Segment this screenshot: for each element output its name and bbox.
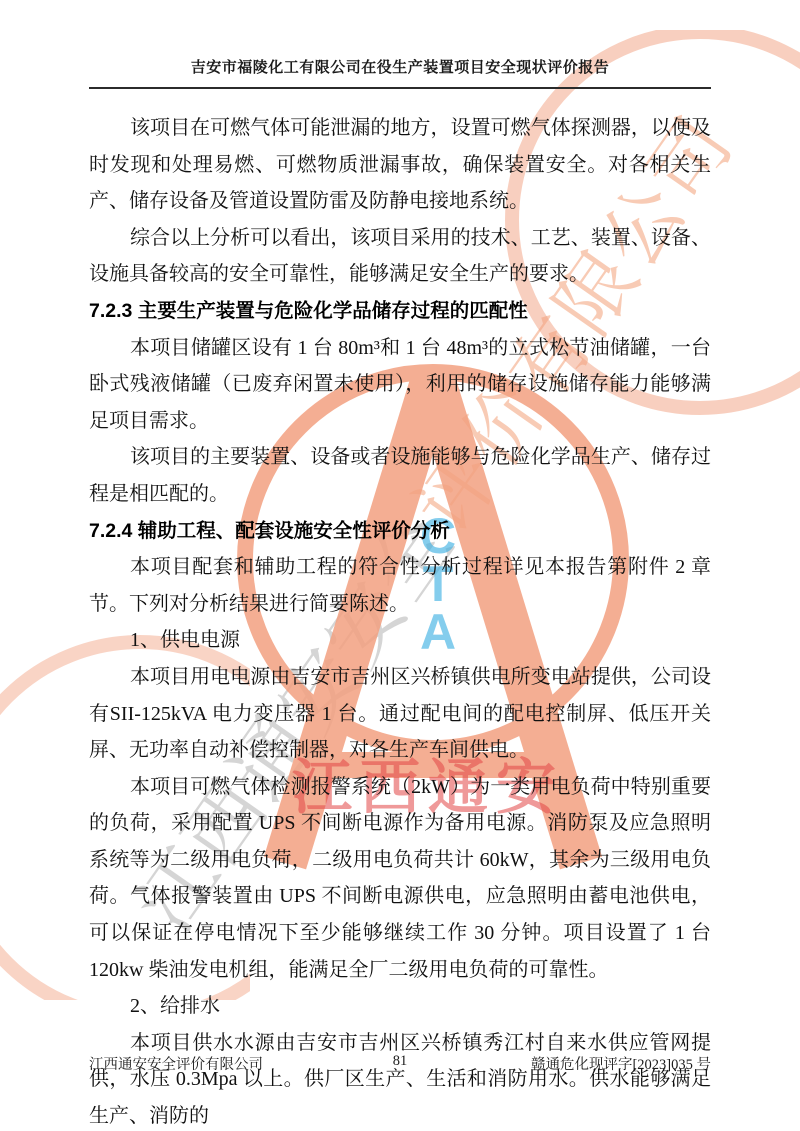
footer-page-number: 81 xyxy=(393,1053,408,1070)
footer-company-name: 江西通安安全评价有限公司 xyxy=(89,1053,263,1074)
list-item-power-supply: 1、供电电源 xyxy=(89,622,711,659)
list-item-water-supply: 2、给排水 xyxy=(89,988,711,1025)
paragraph-water-source: 本项目供水水源由吉安市吉州区兴桥镇秀江村自来水供应管网提供，水压 0.3Mpa … xyxy=(89,1025,711,1131)
page-header: 吉安市福陵化工有限公司在役生产装置项目安全现状评价报告 xyxy=(0,56,800,77)
document-page: 江西通安安全评价有限公司 C T A 江西通安 吉安市福陵化工有限公司在役生产装… xyxy=(0,0,800,1131)
paragraph-matching: 该项目的主要装置、设备或者设施能够与危险化学品生产、储存过程是相匹配的。 xyxy=(89,439,711,512)
page-footer: 江西通安安全评价有限公司 81 赣通危化现评字[2023]035 号 xyxy=(89,1053,711,1074)
footer-doc-number: 赣通危化现评字[2023]035 号 xyxy=(531,1053,711,1074)
paragraph-flammable-gas: 该项目在可燃气体可能泄漏的地方，设置可燃气体探测器，以便及时发现和处理易燃、可燃… xyxy=(89,110,711,220)
section-heading-7-2-3: 7.2.3 主要生产装置与危险化学品储存过程的匹配性 xyxy=(89,293,711,330)
document-body: 该项目在可燃气体可能泄漏的地方，设置可燃气体探测器，以便及时发现和处理易燃、可燃… xyxy=(89,110,711,1131)
paragraph-storage-tanks: 本项目储罐区设有 1 台 80m³和 1 台 48m³的立式松节油储罐，一台卧式… xyxy=(89,330,711,440)
header-divider xyxy=(89,87,711,89)
paragraph-power-source: 本项目用电电源由吉安市吉州区兴桥镇供电所变电站提供，公司设有SII-125kVA… xyxy=(89,659,711,769)
paragraph-electric-loads: 本项目可燃气体检测报警系统（2kW）为一类用电负荷中特别重要的负荷，采用配置 U… xyxy=(89,769,711,989)
paragraph-auxiliary-overview: 本项目配套和辅助工程的符合性分析过程详见本报告第附件 2 章节。下列对分析结果进… xyxy=(89,549,711,622)
document-title: 吉安市福陵化工有限公司在役生产装置项目安全现状评价报告 xyxy=(0,56,800,77)
paragraph-summary: 综合以上分析可以看出，该项目采用的技术、工艺、装置、设备、设施具备较高的安全可靠… xyxy=(89,220,711,293)
section-heading-7-2-4: 7.2.4 辅助工程、配套设施安全性评价分析 xyxy=(89,513,711,550)
